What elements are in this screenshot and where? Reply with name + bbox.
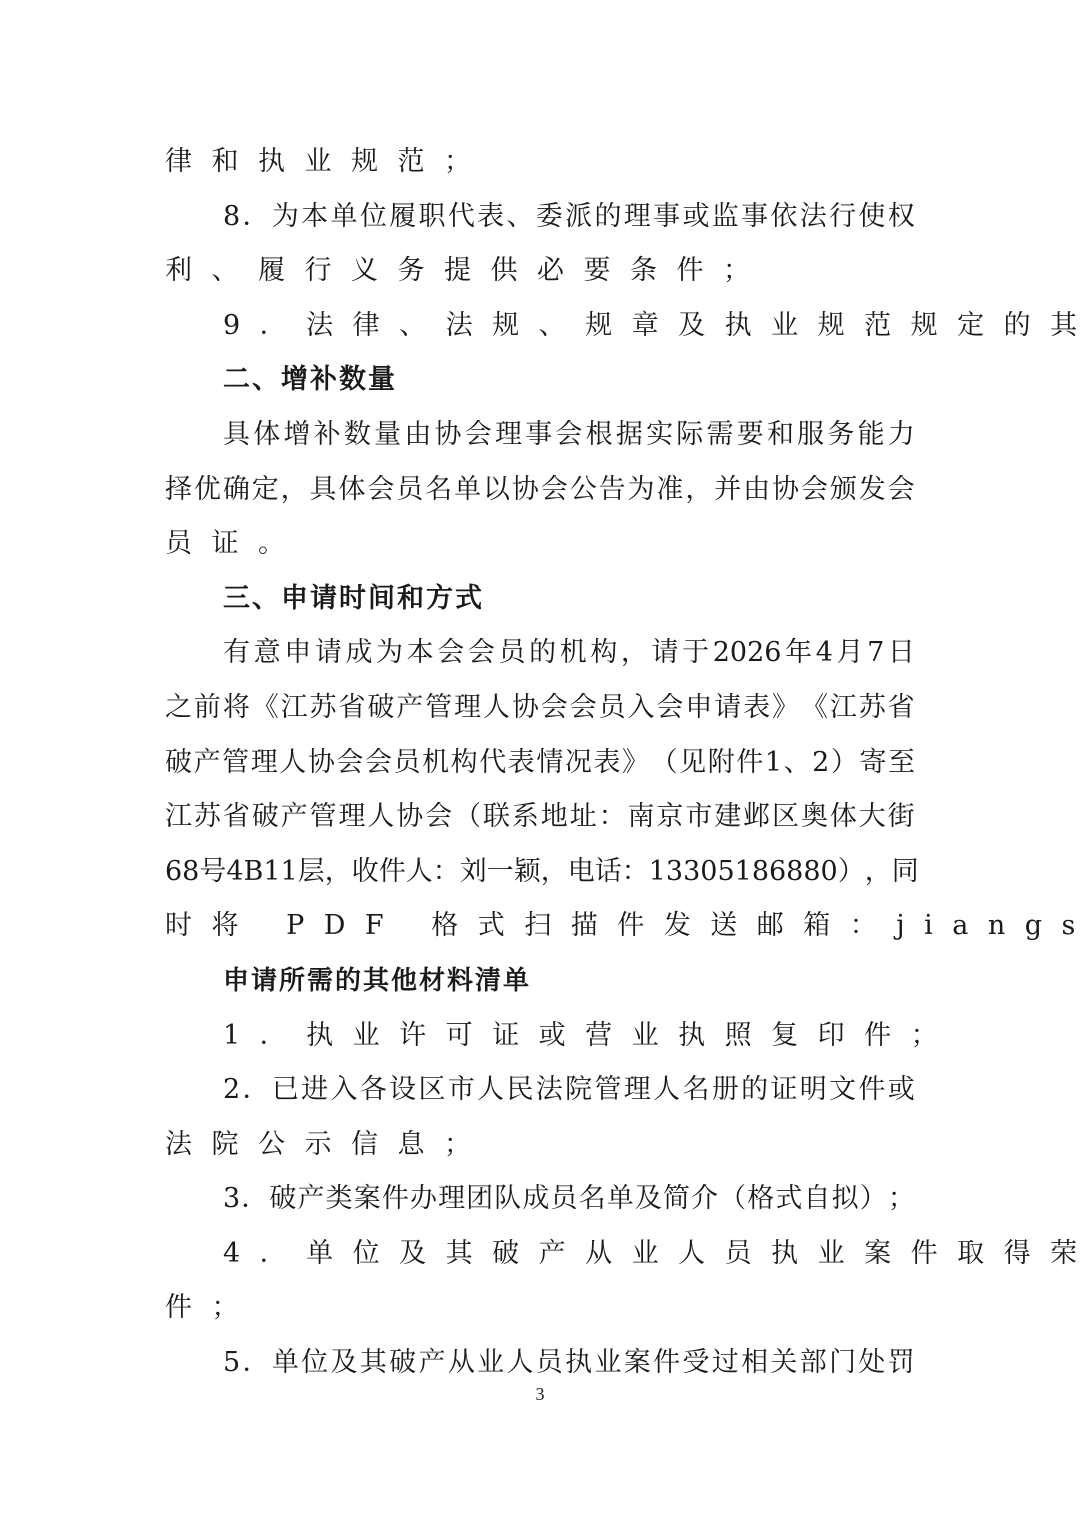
text-line: 1．执业许可证或营业执照复印件； — [165, 1009, 915, 1064]
section-heading: 二、增补数量 — [165, 353, 915, 408]
text-line: 江苏省破产管理人协会（联系地址：南京市建邺区奥体大街 — [165, 790, 915, 845]
text-line: 2．已进入各设区市人民法院管理人名册的证明文件或 — [165, 1063, 915, 1118]
text-line: 之前将《江苏省破产管理人协会会员入会申请表》《江苏省 — [165, 681, 915, 736]
text-line: 法院公示信息； — [165, 1118, 915, 1173]
section-heading: 三、申请时间和方式 — [165, 572, 915, 627]
text-line: 时将 PDF 格式扫描件发送邮箱：jiangsupcglrxh@163.com。 — [165, 899, 915, 954]
subsection-heading: 申请所需的其他材料清单 — [165, 954, 915, 1009]
text-line: 利、履行义务提供必要条件； — [165, 244, 915, 299]
text-line: 律和执业规范； — [165, 135, 915, 190]
document-body: 律和执业规范；8．为本单位履职代表、委派的理事或监事依法行使权利、履行义务提供必… — [165, 135, 915, 1391]
text-line: 件； — [165, 1281, 915, 1336]
text-line: 破产管理人协会会员机构代表情况表》（见附件1、2）寄至 — [165, 736, 915, 791]
text-line: 3．破产类案件办理团队成员名单及简介（格式自拟）； — [165, 1172, 915, 1227]
text-line: 具体增补数量由协会理事会根据实际需要和服务能力 — [165, 408, 915, 463]
text-line: 4．单位及其破产从业人员执业案件取得荣誉证明文 — [165, 1227, 915, 1282]
page-number: 3 — [0, 1384, 1080, 1405]
text-line: 8．为本单位履职代表、委派的理事或监事依法行使权 — [165, 190, 915, 245]
text-line: 5．单位及其破产从业人员执业案件受过相关部门处罚 — [165, 1336, 915, 1391]
text-line: 择优确定，具体会员名单以协会公告为准，并由协会颁发会 — [165, 463, 915, 518]
document-page: 律和执业规范；8．为本单位履职代表、委派的理事或监事依法行使权利、履行义务提供必… — [165, 135, 915, 1391]
text-line: 68号4B11层，收件人：刘一颖，电话：13305186880），同 — [165, 845, 915, 900]
text-line: 员证。 — [165, 517, 915, 572]
text-line: 有意申请成为本会会员的机构，请于2026年4月7日 — [165, 626, 915, 681]
text-line: 9．法律、法规、规章及执业规范规定的其他义务。 — [165, 299, 915, 354]
